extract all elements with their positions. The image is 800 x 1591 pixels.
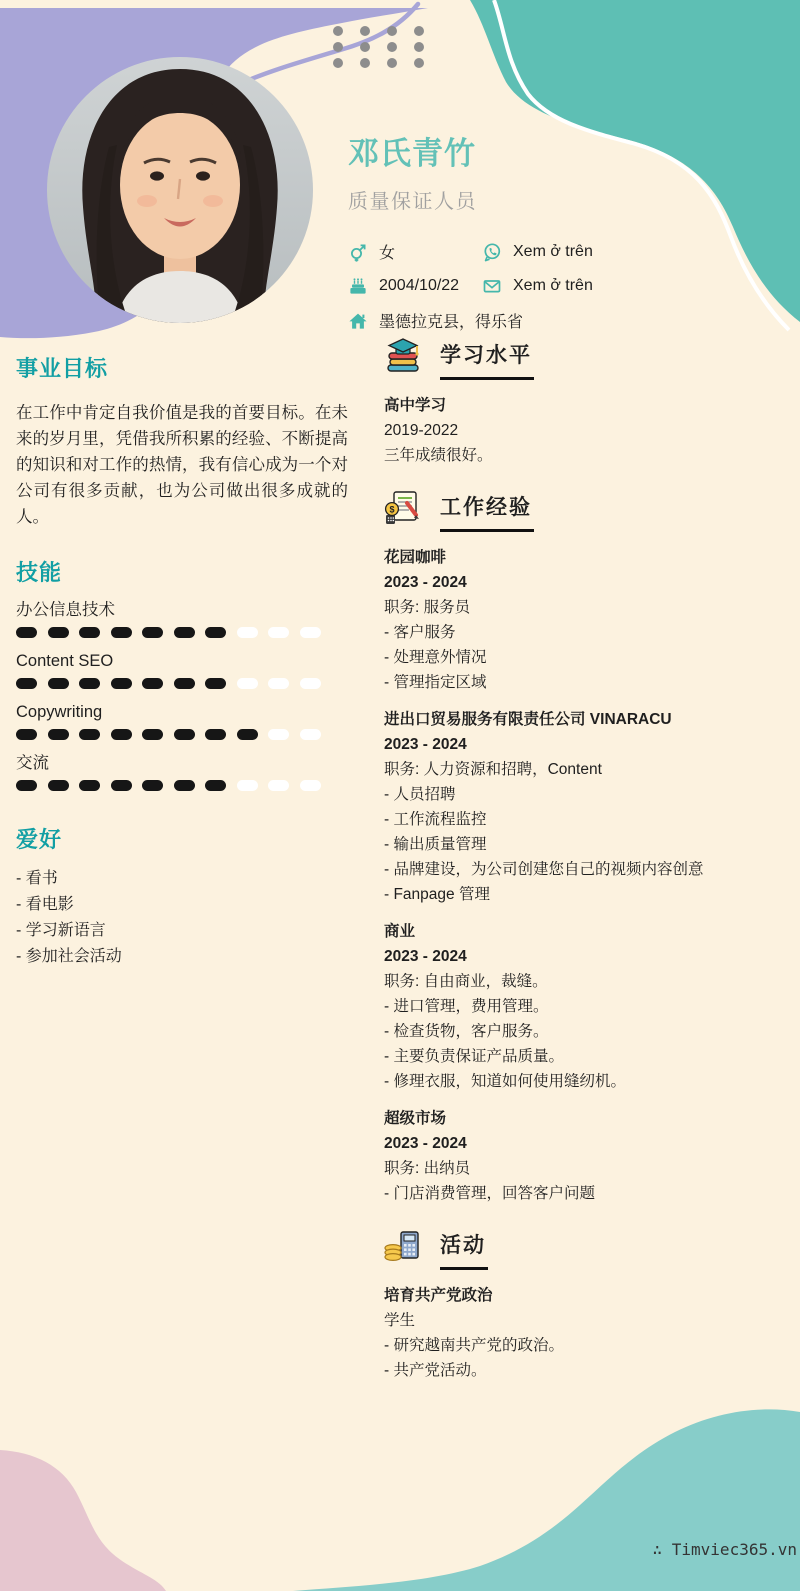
skill-level-bar	[16, 780, 348, 791]
entry-period: 2023 - 2024	[384, 732, 796, 757]
education-section: 学习水平 高中学习 2019-2022三年成绩很好。	[384, 336, 796, 468]
skill-pill	[205, 729, 226, 740]
experience-detail-line: - 检查货物，客户服务。	[384, 1019, 796, 1044]
skill-pill	[79, 780, 100, 791]
entry-title: 高中学习	[384, 393, 796, 418]
skill-level-bar	[16, 678, 348, 689]
hobbies-section: 爱好 - 看书- 看电影- 学习新语言- 参加社会活动	[16, 823, 348, 970]
entry-title: 超级市场	[384, 1106, 796, 1131]
experience-header: $ 工作经验	[384, 488, 796, 532]
address-value: 墨德拉克县，得乐省	[379, 309, 523, 332]
gender-field: 女	[348, 240, 482, 263]
gender-icon	[348, 242, 368, 262]
birthday-cake-icon	[348, 276, 368, 296]
activities-header: 活动	[384, 1226, 796, 1270]
hobby-line: - 看电影	[16, 892, 348, 918]
skills-section: 技能 办公信息技术 Content SEO Copywriting 交流	[16, 556, 348, 791]
entry-lines: 职务: 服务员- 客户服务- 处理意外情况- 管理指定区域	[384, 595, 796, 695]
experience-detail-line: - 品牌建设，为公司创建您自己的视频内容创意	[384, 857, 796, 882]
experience-detail-line: - 处理意外情况	[384, 645, 796, 670]
hobbies-heading: 爱好	[16, 823, 348, 854]
hobby-line: - 参加社会活动	[16, 944, 348, 970]
brand-watermark: ∴ Timviec365.vn	[653, 1540, 798, 1559]
skill-label: Copywriting	[16, 702, 348, 722]
objective-text: 在工作中肯定自我价值是我的首要目标。在未来的岁月里，凭借我所积累的经验、不断提高…	[16, 400, 348, 530]
experience-section: $ 工作经验 花园咖啡 2023 - 2024 职务: 服务员- 客户服务- 处…	[384, 488, 796, 1206]
resume-page: 邓氏青竹 质量保证人员 女 Xem ở trên	[0, 0, 800, 1591]
experience-entry: 花园咖啡 2023 - 2024 职务: 服务员- 客户服务- 处理意外情况- …	[384, 545, 796, 695]
education-entry: 高中学习 2019-2022三年成绩很好。	[384, 393, 796, 468]
entry-period: 2023 - 2024	[384, 944, 796, 969]
skill-pill	[48, 678, 69, 689]
experience-detail-line: - 修理衣服，知道如何使用缝纫机。	[384, 1069, 796, 1094]
skill-pill	[300, 780, 321, 791]
entry-lines: 2019-2022三年成绩很好。	[384, 418, 796, 468]
whatsapp-icon	[482, 242, 502, 262]
svg-text:$: $	[389, 504, 394, 514]
activity-detail-line: 学生	[384, 1308, 796, 1333]
activities-title: 活动	[440, 1226, 488, 1270]
skill-pill	[237, 627, 258, 638]
skill-item: 办公信息技术	[16, 600, 348, 638]
experience-detail-line: - 人员招聘	[384, 782, 796, 807]
skill-pill	[268, 729, 289, 740]
skill-pill	[174, 627, 195, 638]
experience-body: 花园咖啡 2023 - 2024 职务: 服务员- 客户服务- 处理意外情况- …	[384, 545, 796, 1206]
graduation-books-icon	[384, 336, 422, 374]
skill-item: Content SEO	[16, 651, 348, 689]
education-detail-line: 2019-2022	[384, 418, 796, 443]
skill-level-bar	[16, 627, 348, 638]
activity-detail-line: - 研究越南共产党的政治。	[384, 1333, 796, 1358]
experience-detail-line: 职务: 自由商业，裁缝。	[384, 969, 796, 994]
skill-pill	[142, 627, 163, 638]
skill-pill	[48, 780, 69, 791]
skill-pill	[142, 678, 163, 689]
skill-pill	[79, 678, 100, 689]
entry-lines: 职务: 人力资源和招聘，Content- 人员招聘- 工作流程监控- 输出质量管…	[384, 757, 796, 907]
gender-value: 女	[379, 240, 395, 263]
skill-pill	[16, 678, 37, 689]
skill-pill	[174, 780, 195, 791]
skill-pill	[142, 729, 163, 740]
experience-detail-line: 职务: 人力资源和招聘，Content	[384, 757, 796, 782]
skill-pill	[111, 627, 132, 638]
contact-info: 女 Xem ở trên	[348, 240, 678, 332]
skill-pill	[111, 729, 132, 740]
skill-pill	[48, 729, 69, 740]
experience-entry: 商业 2023 - 2024 职务: 自由商业，裁缝。- 进口管理，费用管理。-…	[384, 919, 796, 1094]
entry-title: 培育共产党政治	[384, 1283, 796, 1308]
skill-pill	[111, 678, 132, 689]
objective-section: 事业目标 在工作中肯定自我价值是我的首要目标。在未来的岁月里，凭借我所积累的经验…	[16, 352, 348, 530]
coins-calculator-icon	[384, 1226, 422, 1264]
skill-pill	[16, 627, 37, 638]
skill-pill	[142, 780, 163, 791]
hobby-line: - 看书	[16, 866, 348, 892]
hobby-line: - 学习新语言	[16, 918, 348, 944]
skill-pill	[79, 627, 100, 638]
experience-detail-line: - 客户服务	[384, 620, 796, 645]
birthday-value: 2004/10/22	[379, 277, 459, 295]
entry-lines: 学生- 研究越南共产党的政治。- 共产党活动。	[384, 1308, 796, 1383]
experience-detail-line: 职务: 服务员	[384, 595, 796, 620]
portrait-illustration	[47, 57, 313, 323]
entry-period: 2023 - 2024	[384, 570, 796, 595]
activity-detail-line: - 共产党活动。	[384, 1358, 796, 1383]
skill-level-bar	[16, 729, 348, 740]
entry-lines: 职务: 自由商业，裁缝。- 进口管理，费用管理。- 检查货物，客户服务。- 主要…	[384, 969, 796, 1094]
education-title: 学习水平	[440, 336, 534, 380]
skill-label: 交流	[16, 753, 348, 773]
skill-item: 交流	[16, 753, 348, 791]
job-title: 质量保证人员	[348, 185, 678, 214]
profile-photo	[47, 57, 313, 323]
skill-pill	[268, 780, 289, 791]
phone-field: Xem ở trên	[482, 240, 678, 263]
experience-detail-line: - 进口管理，费用管理。	[384, 994, 796, 1019]
entry-title: 进出口贸易服务有限责任公司 VINARACU	[384, 707, 796, 732]
skill-label: Content SEO	[16, 651, 348, 671]
skill-pill	[16, 780, 37, 791]
activity-entry: 培育共产党政治 学生- 研究越南共产党的政治。- 共产党活动。	[384, 1283, 796, 1383]
skill-pill	[205, 780, 226, 791]
address-field: 墨德拉克县，得乐省	[348, 309, 678, 332]
skill-pill	[300, 678, 321, 689]
work-documents-icon: $	[384, 488, 422, 526]
skill-item: Copywriting	[16, 702, 348, 740]
education-header: 学习水平	[384, 336, 796, 380]
experience-detail-line: - 工作流程监控	[384, 807, 796, 832]
entry-period: 2023 - 2024	[384, 1131, 796, 1156]
experience-detail-line: - 主要负责保证产品质量。	[384, 1044, 796, 1069]
experience-detail-line: - 门店消费管理，回答客户问题	[384, 1181, 796, 1206]
main-column: 学习水平 高中学习 2019-2022三年成绩很好。	[384, 336, 796, 1403]
phone-value: Xem ở trên	[513, 243, 593, 261]
skill-pill	[237, 780, 258, 791]
email-value: Xem ở trên	[513, 277, 593, 295]
envelope-icon	[482, 276, 502, 296]
skill-pill	[174, 678, 195, 689]
activities-section: 活动 培育共产党政治 学生- 研究越南共产党的政治。- 共产党活动。	[384, 1226, 796, 1383]
entry-lines: 职务: 出纳员- 门店消费管理，回答客户问题	[384, 1156, 796, 1206]
experience-detail-line: - Fanpage 管理	[384, 882, 796, 907]
experience-detail-line: - 管理指定区域	[384, 670, 796, 695]
skill-pill	[268, 627, 289, 638]
experience-entry: 超级市场 2023 - 2024 职务: 出纳员- 门店消费管理，回答客户问题	[384, 1106, 796, 1206]
skill-pill	[237, 678, 258, 689]
pink-blob-bottom-left	[0, 1450, 166, 1591]
skill-pill	[111, 780, 132, 791]
skill-label: 办公信息技术	[16, 600, 348, 620]
objective-heading: 事业目标	[16, 352, 348, 383]
experience-title: 工作经验	[440, 488, 534, 532]
skill-pill	[16, 729, 37, 740]
skill-pill	[205, 678, 226, 689]
skill-pill	[237, 729, 258, 740]
home-icon	[348, 311, 368, 331]
sidebar: 事业目标 在工作中肯定自我价值是我的首要目标。在未来的岁月里，凭借我所积累的经验…	[16, 352, 348, 970]
entry-title: 花园咖啡	[384, 545, 796, 570]
education-detail-line: 三年成绩很好。	[384, 443, 796, 468]
experience-detail-line: 职务: 出纳员	[384, 1156, 796, 1181]
activities-body: 培育共产党政治 学生- 研究越南共产党的政治。- 共产党活动。	[384, 1283, 796, 1383]
birthday-field: 2004/10/22	[348, 276, 482, 296]
header-block: 邓氏青竹 质量保证人员 女 Xem ở trên	[348, 128, 678, 332]
skills-heading: 技能	[16, 556, 348, 587]
education-body: 高中学习 2019-2022三年成绩很好。	[384, 393, 796, 468]
skill-pill	[268, 678, 289, 689]
hobbies-list: - 看书- 看电影- 学习新语言- 参加社会活动	[16, 866, 348, 970]
teal-wave-bottom	[293, 1409, 800, 1591]
skill-pill	[174, 729, 195, 740]
experience-detail-line: - 输出质量管理	[384, 832, 796, 857]
skill-pill	[205, 627, 226, 638]
skill-pill	[79, 729, 100, 740]
skill-pill	[300, 729, 321, 740]
email-field: Xem ở trên	[482, 276, 678, 296]
skill-pill	[48, 627, 69, 638]
person-name: 邓氏青竹	[348, 128, 678, 173]
skill-pill	[300, 627, 321, 638]
entry-title: 商业	[384, 919, 796, 944]
experience-entry: 进出口贸易服务有限责任公司 VINARACU 2023 - 2024 职务: 人…	[384, 707, 796, 907]
